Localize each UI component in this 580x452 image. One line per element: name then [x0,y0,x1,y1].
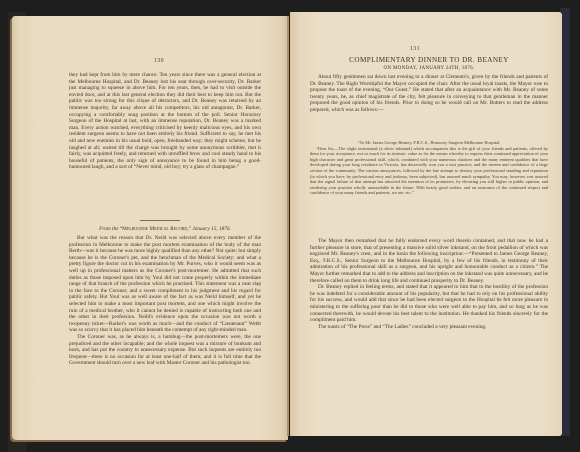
body-paragraph: The toasts of “The Press” and “The Ladie… [310,324,548,331]
article-subheadline: ON MONDAY, JANUARY 24TH, 1876. [310,66,548,71]
body-text: The Mayor then remarked that he fully en… [310,238,548,330]
article-paragraph: But what was the reason that Dr. Neild w… [69,235,261,334]
left-article-text: But what was the reason that Dr. Neild w… [69,235,261,367]
address-body: “Dear Sir,—The slight testimonial (a sil… [310,146,548,196]
address-letter: “To Mr. James George Beaney, F.R.C.S., H… [310,140,548,196]
right-page: 131 COMPLIMENTARY DINNER TO DR. BEANEY O… [290,12,562,436]
book-spine [287,16,289,436]
source-publication: “Melbourne Medical Record,” [120,226,191,232]
left-continued-text: they had kept from him by mere chance. T… [69,72,261,171]
source-line: From the “Melbourne Medical Record,” Jan… [69,226,261,232]
page-number-left: 130 [154,58,164,64]
body-paragraph: Dr. Beaney replied in feeling terms, and… [310,284,548,324]
intro-paragraph: About fifty gentlemen sat down last even… [310,74,548,114]
section-divider [140,220,180,221]
article-headline: COMPLIMENTARY DINNER TO DR. BEANEY [310,56,548,64]
source-date: January 15, 1876. [192,226,231,232]
source-prefix: From the [99,226,118,232]
page-number-right: 131 [410,46,420,52]
body-paragraph: The Mayor then remarked that he fully en… [310,238,548,284]
continued-paragraph: they had kept from him by mere chance. T… [69,72,261,171]
left-page: 130 they had kept from him by mere chanc… [12,16,288,440]
intro-text: About fifty gentlemen sat down last even… [310,74,548,114]
article-paragraph: The Coroner was, as he always is, a humb… [69,334,261,367]
